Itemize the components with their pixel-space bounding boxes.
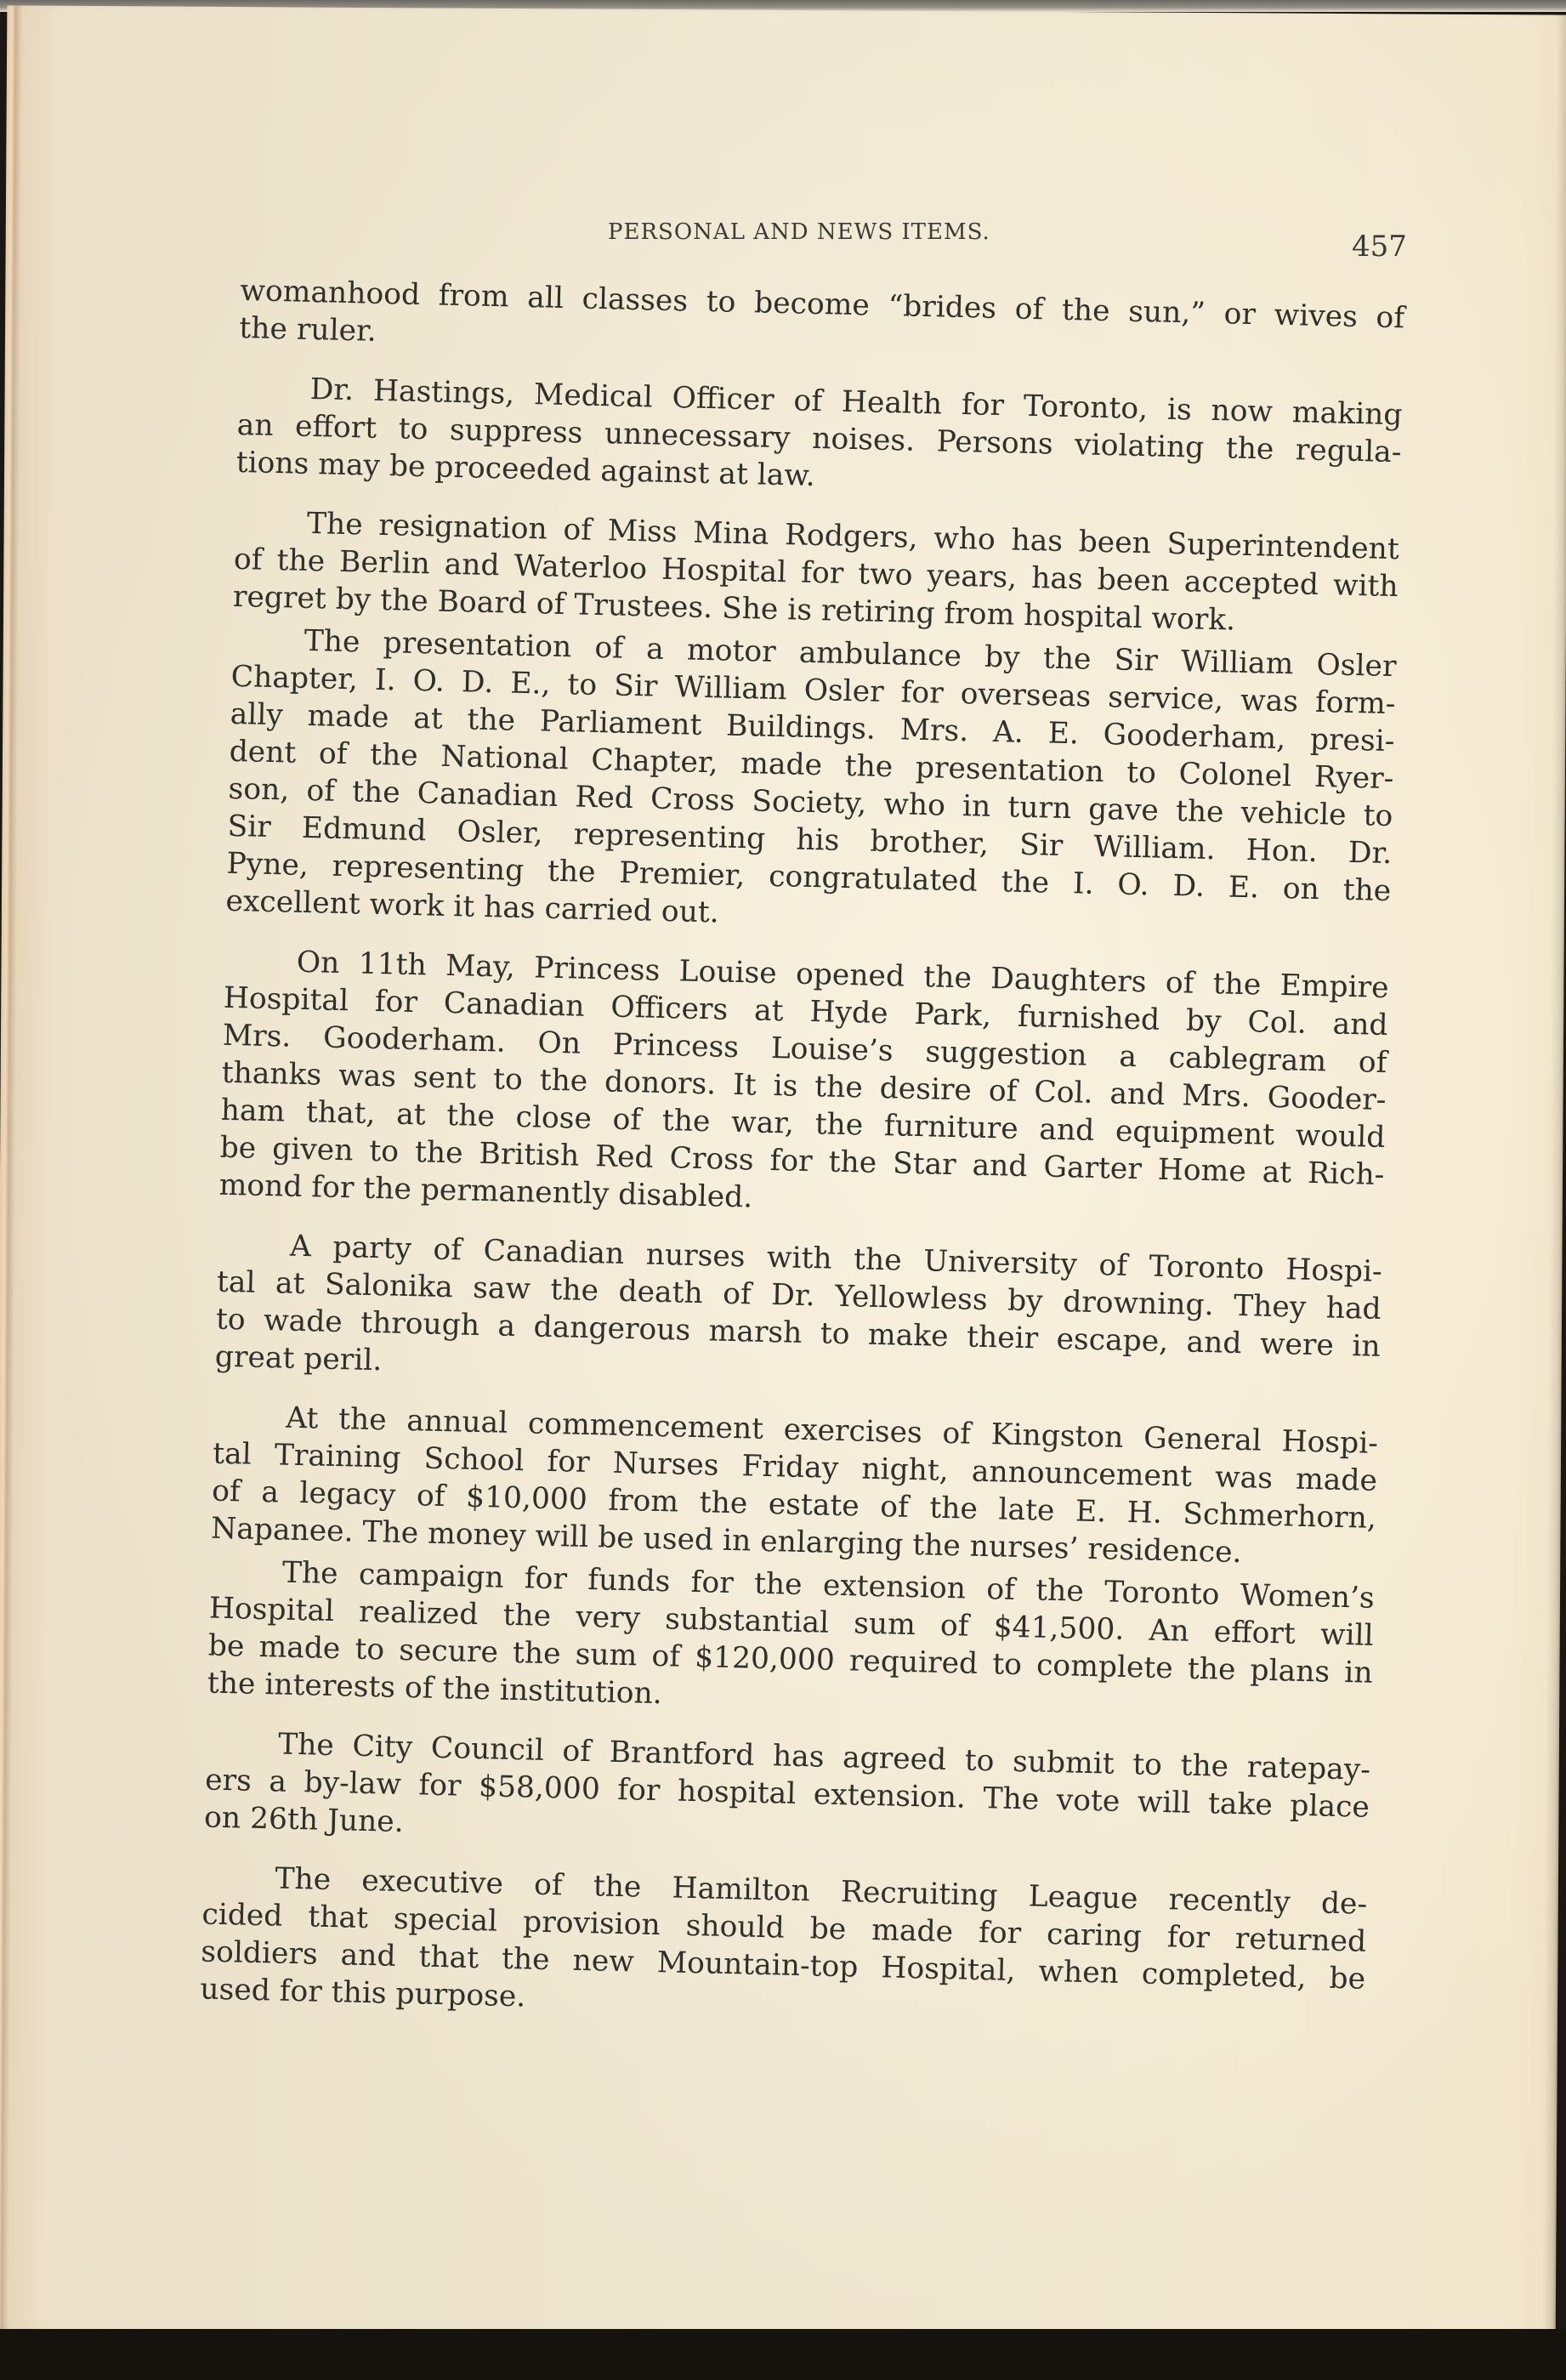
news-item-paragraph: The executive of the Hamilton Recruiting…: [200, 1858, 1368, 2035]
running-head: PERSONAL AND NEWS ITEMS.: [608, 219, 990, 245]
news-item-paragraph: The campaign for funds for the extension…: [207, 1553, 1375, 1730]
news-item-paragraph: Dr. Hastings, Medical Officer of Health …: [235, 369, 1403, 508]
scanned-page: PERSONAL AND NEWS ITEMS. 457 womanhood f…: [0, 0, 1566, 2380]
news-item-paragraph: The City Council of Brantford has agreed…: [204, 1724, 1371, 1864]
news-item-paragraph: On 11th May, Princess Louise opened the …: [218, 942, 1389, 1231]
news-item-paragraph: At the annual commencement exercises of …: [211, 1398, 1379, 1575]
news-item-paragraph: The resignation of Miss Mina Rodgers, wh…: [232, 503, 1399, 643]
news-item-paragraph: A party of Canadian nurses with the Univ…: [214, 1226, 1382, 1403]
scanner-bottom-edge: [0, 2329, 1566, 2380]
news-item-paragraph: The presentation of a motor ambulance by…: [225, 621, 1397, 947]
article-body: womanhood from all classes to become “br…: [200, 272, 1405, 2036]
page-number: 457: [1352, 230, 1407, 264]
